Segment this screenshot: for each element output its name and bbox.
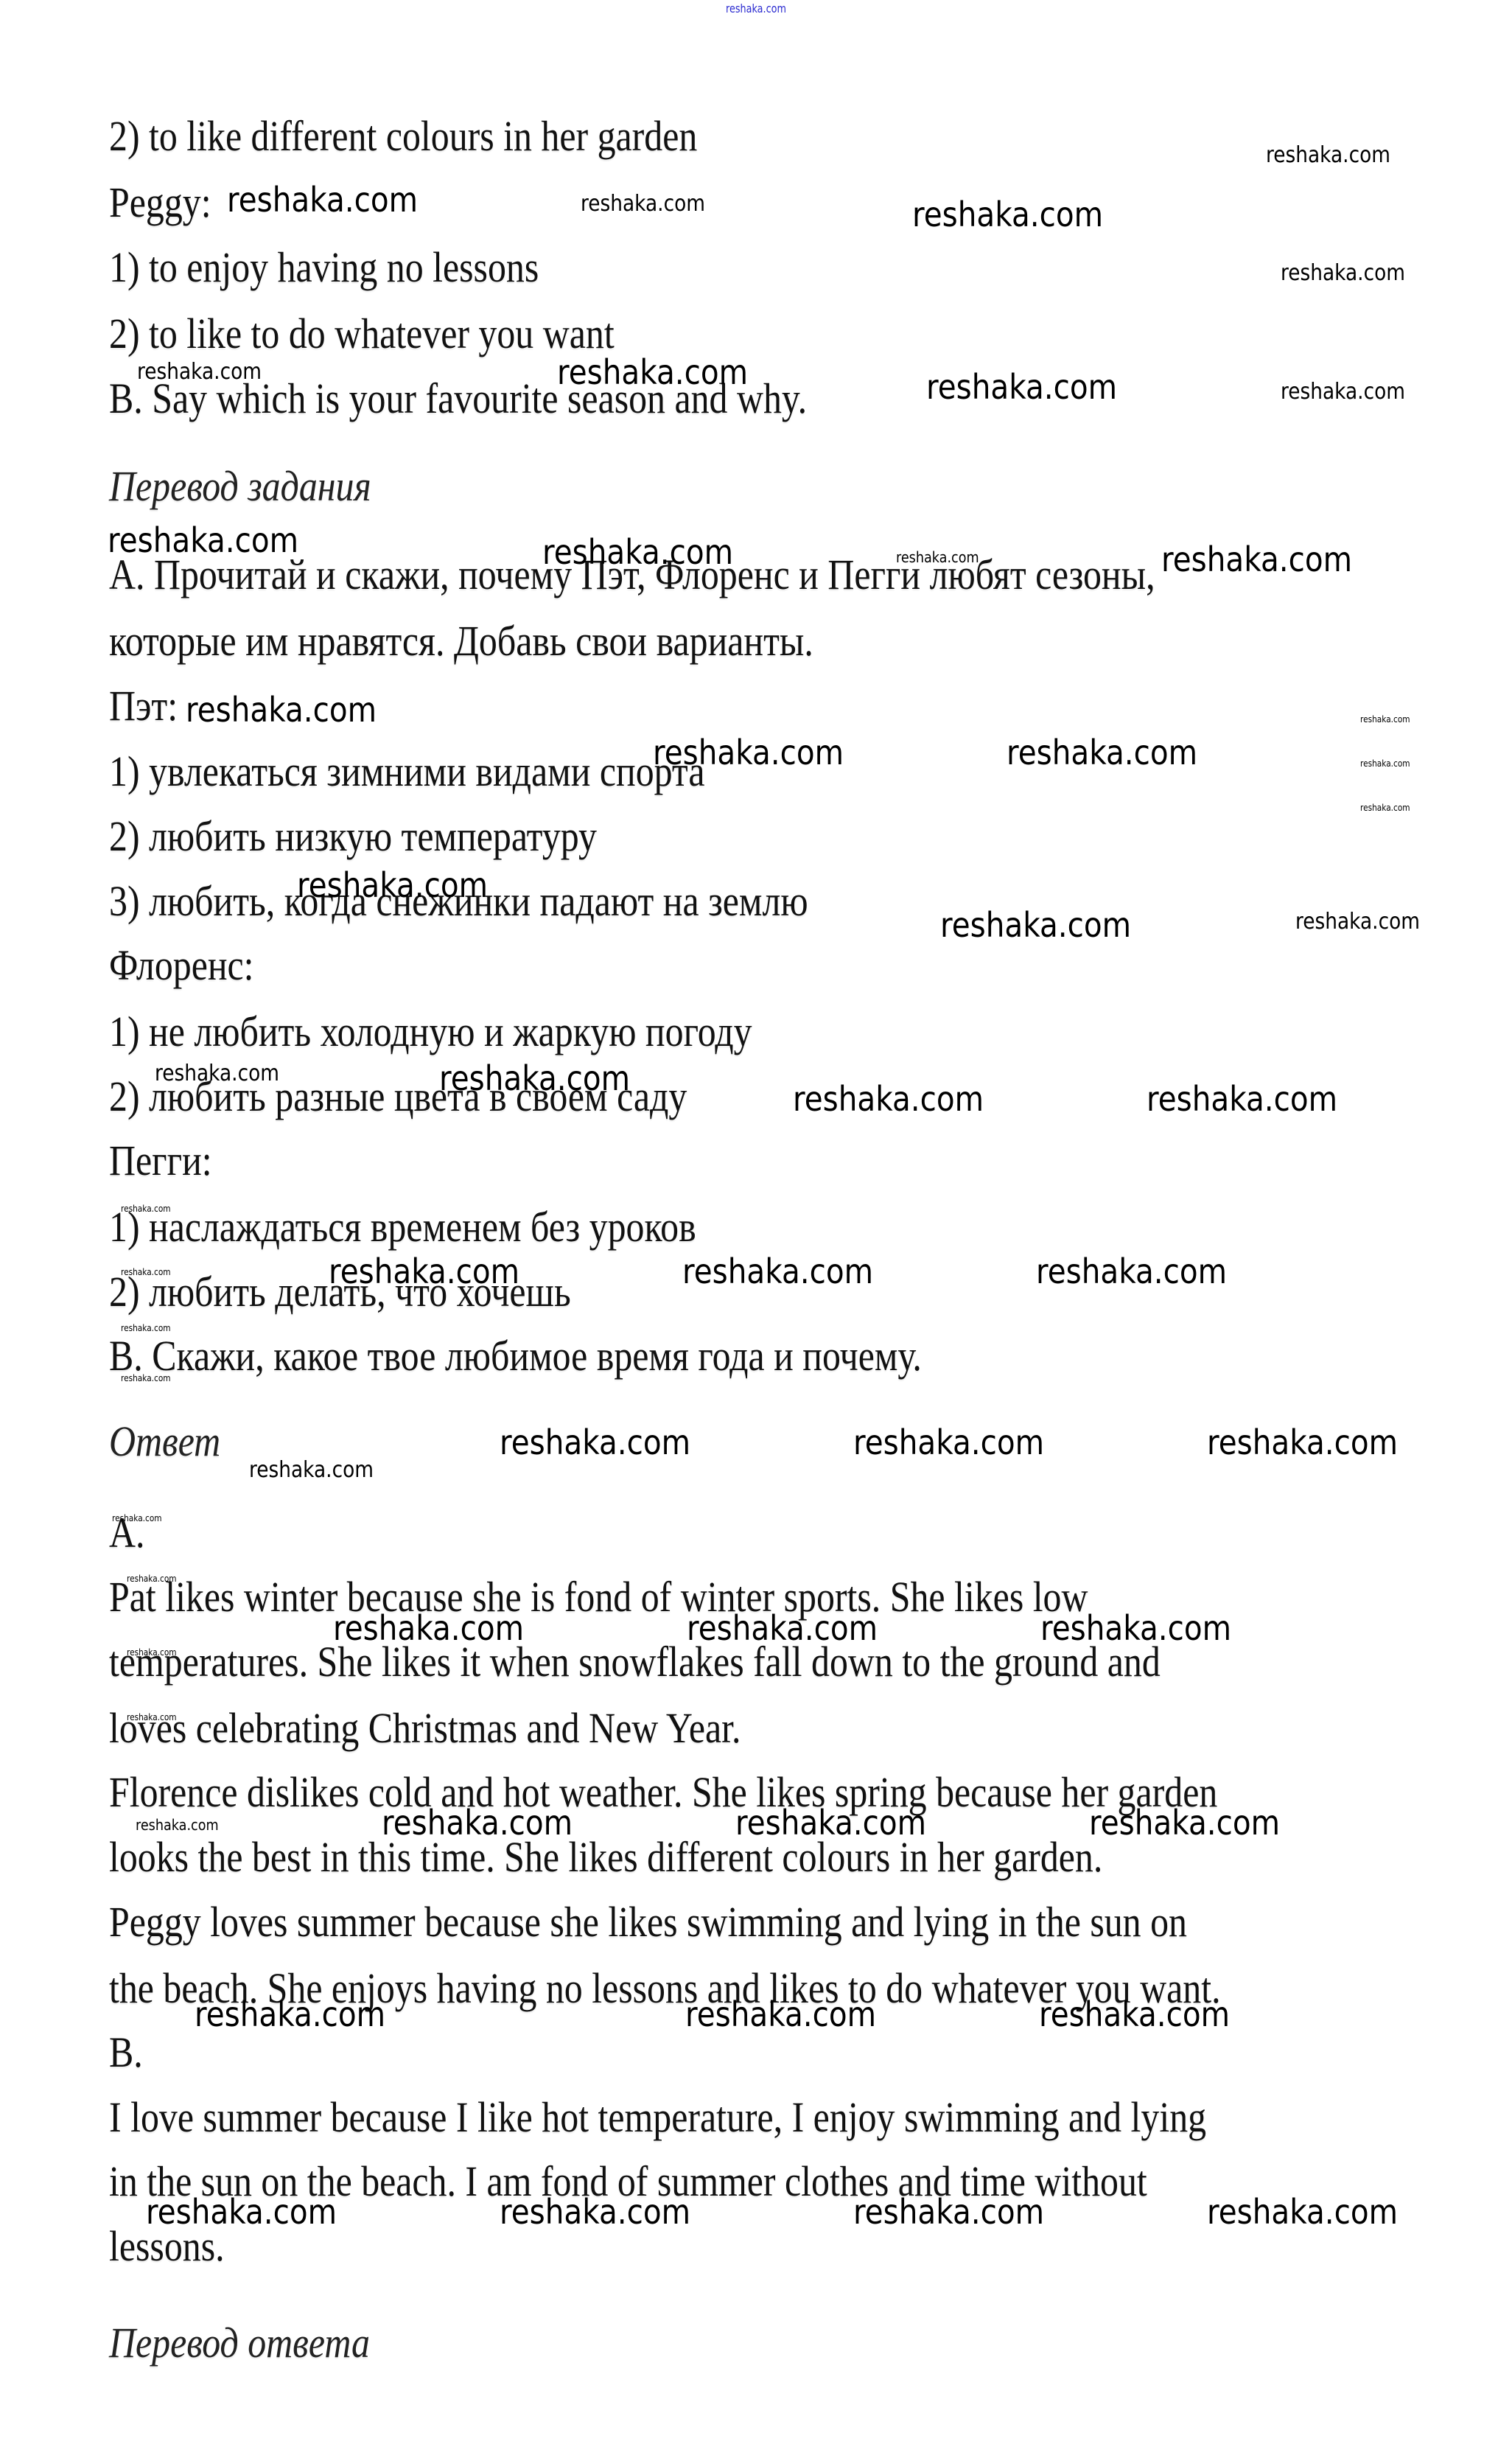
answer-line: Florence dislikes cold and hot weather. … (109, 1767, 1217, 1818)
watermark: reshaka.com (1281, 262, 1405, 284)
watermark: reshaka.com (557, 355, 748, 389)
answer-part-b-label: B. (109, 2027, 143, 2078)
watermark: reshaka.com (793, 1082, 984, 1116)
watermark: reshaka.com (439, 1061, 630, 1095)
watermark: reshaka.com (1360, 759, 1410, 768)
watermark: reshaka.com (146, 2195, 337, 2229)
translation-florence-label: Флоренс: (109, 940, 254, 991)
watermark: reshaka.com (1147, 1082, 1337, 1116)
watermark: reshaka.com (1266, 144, 1390, 167)
translation-florence-item-1: 1) не любить холодную и жаркую погоду (109, 1006, 752, 1058)
watermark: reshaka.com (121, 1268, 171, 1277)
watermark: reshaka.com (249, 1459, 374, 1481)
watermark: reshaka.com (121, 1204, 171, 1213)
translation-part-b: B. Скажи, какое твое любимое время года … (109, 1330, 922, 1382)
watermark: reshaka.com (896, 550, 979, 565)
watermark: reshaka.com (853, 2195, 1044, 2229)
answer-heading: Ответ (109, 1416, 220, 1467)
watermark: reshaka.com (1039, 1997, 1230, 2031)
watermark: reshaka.com (542, 535, 733, 569)
answer-line: I love summer because I like hot tempera… (109, 2092, 1206, 2143)
watermark: reshaka.com (227, 183, 418, 217)
watermark: reshaka.com (687, 1611, 878, 1645)
watermark: reshaka.com (1207, 1425, 1398, 1459)
translation-pat-item-2: 2) любить низкую температуру (109, 811, 597, 862)
watermark: reshaka.com (127, 1648, 177, 1657)
watermark: reshaka.com (685, 1997, 876, 2031)
translation-peggy-label: Пегги: (109, 1135, 212, 1187)
watermark: reshaka.com (329, 1254, 519, 1288)
watermark: reshaka.com (1295, 911, 1420, 933)
peggy-label: Peggy: (109, 177, 211, 228)
watermark: reshaka.com (136, 1818, 219, 1832)
translation-peggy-item-1: 1) наслаждаться временем без уроков (109, 1201, 696, 1253)
watermark: reshaka.com (108, 523, 298, 557)
watermark: reshaka.com (1207, 2195, 1398, 2229)
watermark: reshaka.com (1089, 1806, 1280, 1840)
watermark: reshaka.com (1281, 381, 1405, 403)
answer-line: loves celebrating Christmas and New Year… (109, 1703, 741, 1754)
site-link[interactable]: reshaka.com (726, 1, 786, 15)
watermark: reshaka.com (1036, 1254, 1227, 1288)
watermark: reshaka.com (127, 1574, 177, 1583)
watermark: reshaka.com (735, 1806, 926, 1840)
watermark: reshaka.com (653, 736, 844, 769)
peggy-item-2: 2) to like to do whatever you want (109, 308, 615, 360)
answer-line: Peggy loves summer because she likes swi… (109, 1896, 1187, 1948)
translation-pat-label: Пэт: (109, 680, 178, 732)
watermark: reshaka.com (297, 868, 488, 902)
watermark: reshaka.com (926, 370, 1117, 404)
watermark: reshaka.com (581, 193, 705, 215)
watermark: reshaka.com (912, 198, 1103, 231)
watermark: reshaka.com (333, 1611, 524, 1645)
watermark: reshaka.com (1360, 803, 1410, 812)
watermark: reshaka.com (127, 1713, 177, 1722)
watermark: reshaka.com (500, 1425, 690, 1459)
watermark: reshaka.com (195, 1997, 385, 2031)
watermark: reshaka.com (112, 1514, 162, 1523)
florence-item-2: 2) to like different colours in her gard… (109, 111, 697, 162)
translation-pat-item-1: 1) увлекаться зимними видами спорта (109, 746, 704, 797)
watermark: reshaka.com (500, 2195, 690, 2229)
watermark: reshaka.com (382, 1806, 573, 1840)
watermark: reshaka.com (682, 1254, 873, 1288)
watermark: reshaka.com (186, 693, 377, 727)
translation-part-a-line-2: которые им нравятся. Добавь свои вариант… (109, 615, 813, 667)
watermark: reshaka.com (155, 1063, 279, 1085)
answer-translation-heading: Перевод ответа (109, 2317, 370, 2369)
task-translation-heading: Перевод задания (109, 461, 371, 512)
watermark: reshaka.com (137, 361, 262, 383)
watermark: reshaka.com (1161, 542, 1352, 576)
watermark: reshaka.com (1040, 1611, 1231, 1645)
peggy-item-1: 1) to enjoy having no lessons (109, 242, 539, 293)
answer-line: temperatures. She likes it when snowflak… (109, 1636, 1161, 1688)
watermark: reshaka.com (121, 1324, 171, 1333)
watermark: reshaka.com (1007, 736, 1197, 769)
answer-line: Pat likes winter because she is fond of … (109, 1571, 1088, 1623)
watermark: reshaka.com (940, 908, 1131, 942)
answer-line: looks the best in this time. She likes d… (109, 1832, 1102, 1883)
watermark: reshaka.com (121, 1374, 171, 1383)
watermark: reshaka.com (1360, 715, 1410, 724)
watermark: reshaka.com (853, 1425, 1044, 1459)
